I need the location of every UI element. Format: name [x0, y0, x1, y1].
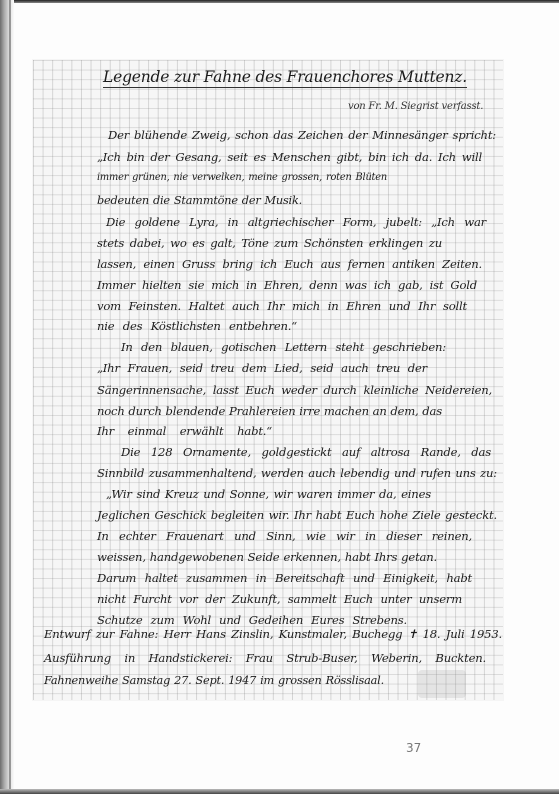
- body-line: bedeuten die Stammtöne der Musik.: [97, 194, 302, 207]
- body-line: Immer hielten sie mich in Ehren, denn wa…: [97, 278, 477, 292]
- body-line: vom Feinsten. Haltet auch Ihr mich in Eh…: [97, 299, 467, 313]
- body-line: nie des Köstlichsten entbehren.“: [97, 319, 297, 333]
- body-line: Schutze zum Wohl und Gedeihen Eures Stre…: [97, 613, 407, 627]
- gutter-fold-line: [9, 0, 11, 794]
- body-line: Die 128 Ornamente, goldgestickt auf altr…: [121, 445, 491, 459]
- body-line: immer grünen, nie verwelken, meine gross…: [97, 172, 387, 183]
- body-line: In echter Frauenart und Sinn, wie wir in…: [97, 529, 472, 543]
- body-line: „Wir sind Kreuz und Sonne, wir waren imm…: [106, 487, 431, 501]
- body-line: Jeglichen Geschick begleiten wir. Ihr ha…: [97, 508, 497, 522]
- body-line: stets dabei, wo es galt, Töne zum Schöns…: [97, 236, 442, 250]
- book-gutter-shadow: [0, 0, 14, 794]
- body-line: Sinnbild zusammenhaltend, werden auch le…: [97, 466, 497, 480]
- body-line: „Ich bin der Gesang, seit es Menschen gi…: [97, 150, 482, 164]
- body-line: weissen, handgewobenen Seide erkennen, h…: [97, 550, 437, 564]
- credit-line: Entwurf zur Fahne: Herr Hans Zinslin, Ku…: [44, 627, 502, 641]
- credit-line: Ausführung in Handstickerei: Frau Strub-…: [44, 651, 486, 665]
- body-line: Darum haltet zusammen in Bereitschaft un…: [97, 571, 472, 585]
- scan-smudge: [418, 670, 466, 698]
- body-line: In den blauen, gotischen Lettern steht g…: [121, 340, 446, 354]
- body-line: Ihr einmal erwählt habt.“: [97, 424, 272, 438]
- body-line: Sängerinnensache, lasst Euch weder durch…: [97, 383, 492, 397]
- page-bottom-edge: [0, 789, 559, 794]
- body-line: noch durch blendende Prahlereien irre ma…: [97, 404, 442, 418]
- body-line: lassen, einen Gruss bring ich Euch aus f…: [97, 257, 482, 271]
- body-line: „Ihr Frauen, seid treu dem Lied, seid au…: [97, 361, 427, 375]
- author-attribution: von Fr. M. Siegrist verfasst.: [348, 101, 483, 112]
- page-number: 37: [406, 741, 421, 755]
- document-title: Legende zur Fahne des Frauenchores Mutte…: [103, 68, 467, 88]
- page-top-edge: [10, 0, 559, 3]
- body-line: Der blühende Zweig, schon das Zeichen de…: [108, 128, 496, 142]
- body-line: Die goldene Lyra, in altgriechischer For…: [106, 215, 486, 229]
- credit-line: Fahnenweihe Samstag 27. Sept. 1947 im gr…: [44, 674, 384, 687]
- body-line: nicht Furcht vor der Zukunft, sammelt Eu…: [97, 592, 462, 606]
